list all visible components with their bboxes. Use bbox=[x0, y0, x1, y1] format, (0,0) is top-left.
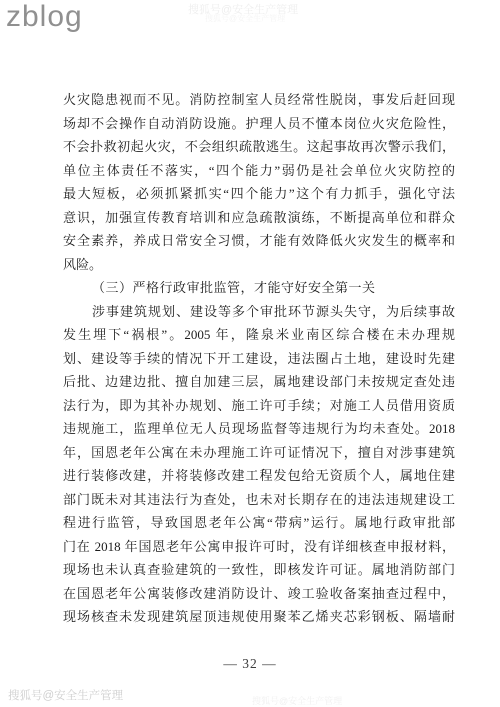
text-line: 违规施工，监理单位无人员现场监督等违规行为均未查处。2018 bbox=[63, 417, 455, 441]
text-line: 最大短板，必须抓紧抓实“四个能力”这个有力抓手，强化守法 bbox=[63, 182, 455, 206]
text-line: 不会扑救初起火灾，不会组织疏散逃生。这起事故再次警示我们， bbox=[63, 135, 455, 159]
text-line: 门在 2018 年国恩老年公寓申报许可时，没有详细核查申报材料， bbox=[63, 535, 455, 559]
text-line: 意识，加强宣传教育培训和应急疏散演练，不断提高单位和群众 bbox=[63, 206, 455, 230]
text-line: 程进行监管，导致国恩老年公寓“带病”运行。属地行政审批部 bbox=[63, 511, 455, 535]
text-line: 火灾隐患视而不见。消防控制室人员经常性脱岗，事发后赶回现 bbox=[63, 88, 455, 112]
text-line: 发生埋下“祸根”。2005 年，隆泉米业南区综合楼在未办理规 bbox=[63, 323, 455, 347]
top-watermark-secondary: 搜狐号@安全生产管理 bbox=[205, 13, 285, 24]
text-line: 年，国恩老年公寓在未办理施工许可证情况下，擅自对涉事建筑 bbox=[63, 441, 455, 465]
text-line: 单位主体责任不落实，“四个能力”弱仍是社会单位火灾防控的 bbox=[63, 159, 455, 183]
text-line: 涉事建筑规划、建设等多个审批环节源头失守，为后续事故 bbox=[63, 300, 455, 324]
document-body: 火灾隐患视而不见。消防控制室人员经常性脱岗，事发后赶回现场却不会操作自动消防设施… bbox=[63, 88, 455, 629]
text-line: 现场也未认真查验建筑的一致性，即核发许可证。属地消防部门 bbox=[63, 558, 455, 582]
text-line: 部门既未对其违法行为查处，也未对长期存在的违法违规建设工 bbox=[63, 488, 455, 512]
bottom-center-watermark: 搜狐号@安全生产管理 bbox=[252, 694, 342, 707]
text-line: 场却不会操作自动消防设施。护理人员不懂本岗位火灾危险性， bbox=[63, 112, 455, 136]
text-line: 划、建设等手续的情况下开工建设，违法圈占土地，建设时先建 bbox=[63, 347, 455, 371]
zblog-logo: zblog bbox=[6, 0, 83, 34]
text-line: 后批、边建边批、擅自加建三层，属地建设部门未按规定查处违 bbox=[63, 370, 455, 394]
text-line: 进行装修改建，并将装修改建工程发包给无资质个人，属地住建 bbox=[63, 464, 455, 488]
text-line: 法行为，即为其补办规划、施工许可手续；对施工人员借用资质 bbox=[63, 394, 455, 418]
bottom-left-watermark: 搜狐号@安全生产管理 bbox=[8, 687, 123, 703]
page-number: — 32 — bbox=[0, 656, 500, 672]
text-line: 风险。 bbox=[63, 253, 455, 277]
text-line: 安全素养，养成日常安全习惯，才能有效降低火灾发生的概率和 bbox=[63, 229, 455, 253]
text-line: （三）严格行政审批监管，才能守好安全第一关 bbox=[63, 276, 455, 300]
text-line: 在国恩老年公寓装修改建消防设计、竣工验收备案抽查过程中， bbox=[63, 582, 455, 606]
text-line: 现场核查未发现建筑屋顶违规使用聚苯乙烯夹芯彩钢板、隔墙耐 bbox=[63, 605, 455, 629]
